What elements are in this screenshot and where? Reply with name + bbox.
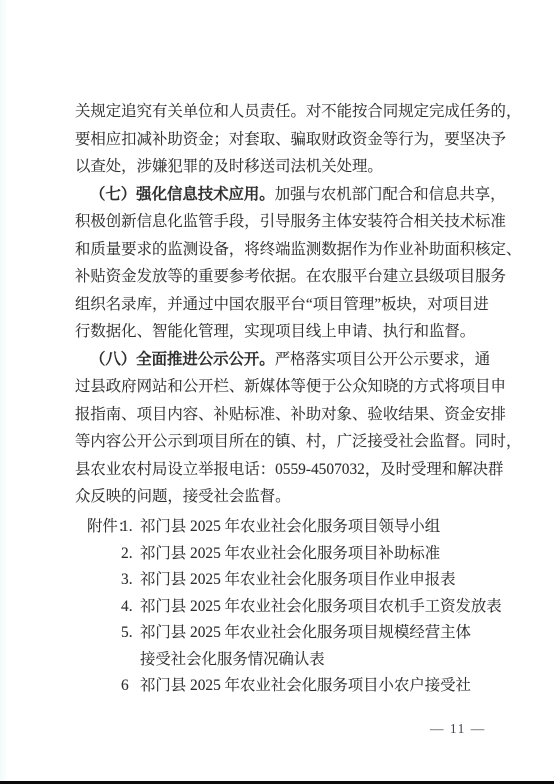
body-line: 报指南、项目内容、补贴标准、补助对象、验收结果、资金安排: [75, 401, 511, 429]
section-8-lead-text: 严格落实项目公开公示要求，通: [275, 351, 490, 368]
body-line: 积极创新信息化监管手段，引导服务主体安装符合相关技术标准: [75, 208, 511, 236]
body-line: 组织名录库，并通过中国农服平台“项目管理”板块，对项目进: [75, 291, 511, 319]
attachment-number: 2.: [121, 541, 140, 568]
body-line-section-7: （七）强化信息技术应用。加强与农机部门配合和信息共享，: [75, 181, 511, 209]
attachment-title: 祁门县 2025 年农业社会化服务项目补助标准: [140, 545, 440, 562]
attachment-number: 3.: [121, 567, 140, 594]
body-line: 要相应扣减补助资金；对套取、骗取财政资金等行为，要坚决予: [75, 126, 511, 154]
attachment-number: 6: [121, 673, 140, 700]
attachment-title: 祁门县 2025 年农业社会化服务项目规模经营主体: [140, 624, 471, 641]
attachment-item: 3.祁门县 2025 年农业社会化服务项目作业申报表: [121, 567, 502, 594]
section-8-heading: （八）全面推进公示公开。: [90, 351, 275, 368]
section-7-heading: （七）强化信息技术应用。: [90, 186, 275, 203]
scan-edge-tint: [0, 0, 8, 784]
body-line: 和质量要求的监测设备，将终端监测数据作为作业补助面积核定、: [75, 236, 511, 264]
document-page: 关规定追究有关单位和人员责任。对不能按合同规定完成任务的， 要相应扣减补助资金；…: [0, 0, 554, 784]
attachment-item-wrap-line: 接受社会化服务情况确认表: [121, 647, 502, 674]
attachment-item: 4.祁门县 2025 年农业社会化服务项目农机手工资发放表: [121, 594, 502, 621]
body-line: 等内容公开公示到项目所在的镇、村，广泛接受社会监督。同时，: [75, 428, 511, 456]
document-body: 关规定追究有关单位和人员责任。对不能按合同规定完成任务的， 要相应扣减补助资金；…: [75, 98, 511, 511]
attachments-list: 1.祁门县 2025 年农业社会化服务项目领导小组 2.祁门县 2025 年农业…: [121, 514, 502, 700]
body-line: 行数据化、智能化管理，实现项目线上申请、执行和监督。: [75, 318, 511, 346]
body-line: 众反映的问题，接受社会监督。: [75, 483, 511, 511]
attachment-number: 1.: [121, 514, 140, 541]
attachment-number: 4.: [121, 594, 140, 621]
attachment-title: 祁门县 2025 年农业社会化服务项目小农户接受社: [140, 677, 471, 694]
body-line: 关规定追究有关单位和人员责任。对不能按合同规定完成任务的，: [75, 98, 511, 126]
attachment-title-continued: 接受社会化服务情况确认表: [140, 651, 325, 668]
attachment-title: 祁门县 2025 年农业社会化服务项目领导小组: [140, 518, 440, 535]
body-line: 县农业农村局设立举报电话：0559-4507032，及时受理和解决群: [75, 456, 511, 484]
attachment-title: 祁门县 2025 年农业社会化服务项目农机手工资发放表: [140, 598, 502, 615]
body-line: 以查处，涉嫌犯罪的及时移送司法机关处理。: [75, 153, 511, 181]
attachment-title: 祁门县 2025 年农业社会化服务项目作业申报表: [140, 571, 456, 588]
attachment-item: 5.祁门县 2025 年农业社会化服务项目规模经营主体: [121, 620, 502, 647]
attachment-item: 6祁门县 2025 年农业社会化服务项目小农户接受社: [121, 673, 502, 700]
attachment-number: 5.: [121, 620, 140, 647]
attachment-item: 2.祁门县 2025 年农业社会化服务项目补助标准: [121, 541, 502, 568]
body-line: 过县政府网站和公开栏、新媒体等便于公众知晓的方式将项目申: [75, 373, 511, 401]
body-line-section-8: （八）全面推进公示公开。严格落实项目公开公示要求，通: [75, 346, 511, 374]
attachment-item: 1.祁门县 2025 年农业社会化服务项目领导小组: [121, 514, 502, 541]
page-number: — 11 —: [430, 721, 486, 737]
body-line: 补贴资金发放等的重要参考依据。在农服平台建立县级项目服务: [75, 263, 511, 291]
section-7-lead-text: 加强与农机部门配合和信息共享，: [275, 186, 506, 203]
